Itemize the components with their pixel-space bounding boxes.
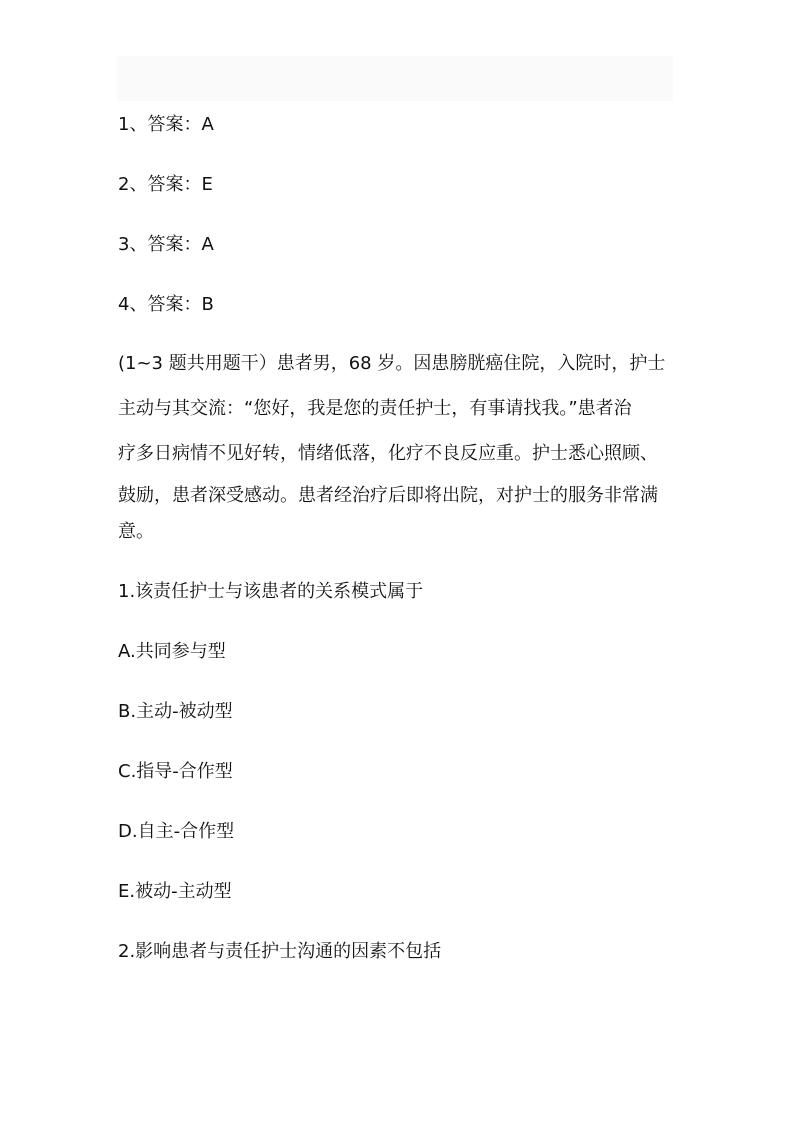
question-1-option-b: B.主动-被动型 bbox=[118, 701, 233, 723]
question-1-option-a: A.共同参与型 bbox=[118, 641, 226, 663]
answer-3: 3、答案：A bbox=[118, 234, 214, 256]
answer-1: 1、答案：A bbox=[118, 114, 214, 136]
question-1-stem: 1.该责任护士与该患者的关系模式属于 bbox=[118, 581, 423, 603]
question-1-option-c: C.指导-合作型 bbox=[118, 761, 233, 783]
question-1-option-e: E.被动-主动型 bbox=[118, 881, 232, 903]
passage-line-3: 疗多日病情不见好转，情绪低落，化疗不良反应重。护士悉心照顾、 bbox=[118, 431, 678, 476]
answer-2: 2、答案：E bbox=[118, 174, 213, 196]
redacted-header-banner bbox=[117, 56, 673, 101]
question-1-option-d: D.自主-合作型 bbox=[118, 821, 234, 843]
passage-line-1: (1~3 题共用题干）患者男，68 岁。因患膀胱癌住院，入院时，护士 bbox=[118, 341, 678, 386]
passage-line-2: 主动与其交流：“您好，我是您的责任护士，有事请找我。”患者治 bbox=[118, 386, 678, 431]
answer-4: 4、答案：B bbox=[118, 294, 214, 316]
document-page: 1、答案：A 2、答案：E 3、答案：A 4、答案：B (1~3 题共用题干）患… bbox=[0, 0, 793, 1122]
passage-line-5: 意。 bbox=[118, 516, 678, 548]
passage-line-4: 鼓励，患者深受感动。患者经治疗后即将出院，对护士的服务非常满 bbox=[118, 476, 678, 516]
case-passage: (1~3 题共用题干）患者男，68 岁。因患膀胱癌住院，入院时，护士 主动与其交… bbox=[118, 341, 678, 548]
question-2-stem: 2.影响患者与责任护士沟通的因素不包括 bbox=[118, 941, 441, 963]
